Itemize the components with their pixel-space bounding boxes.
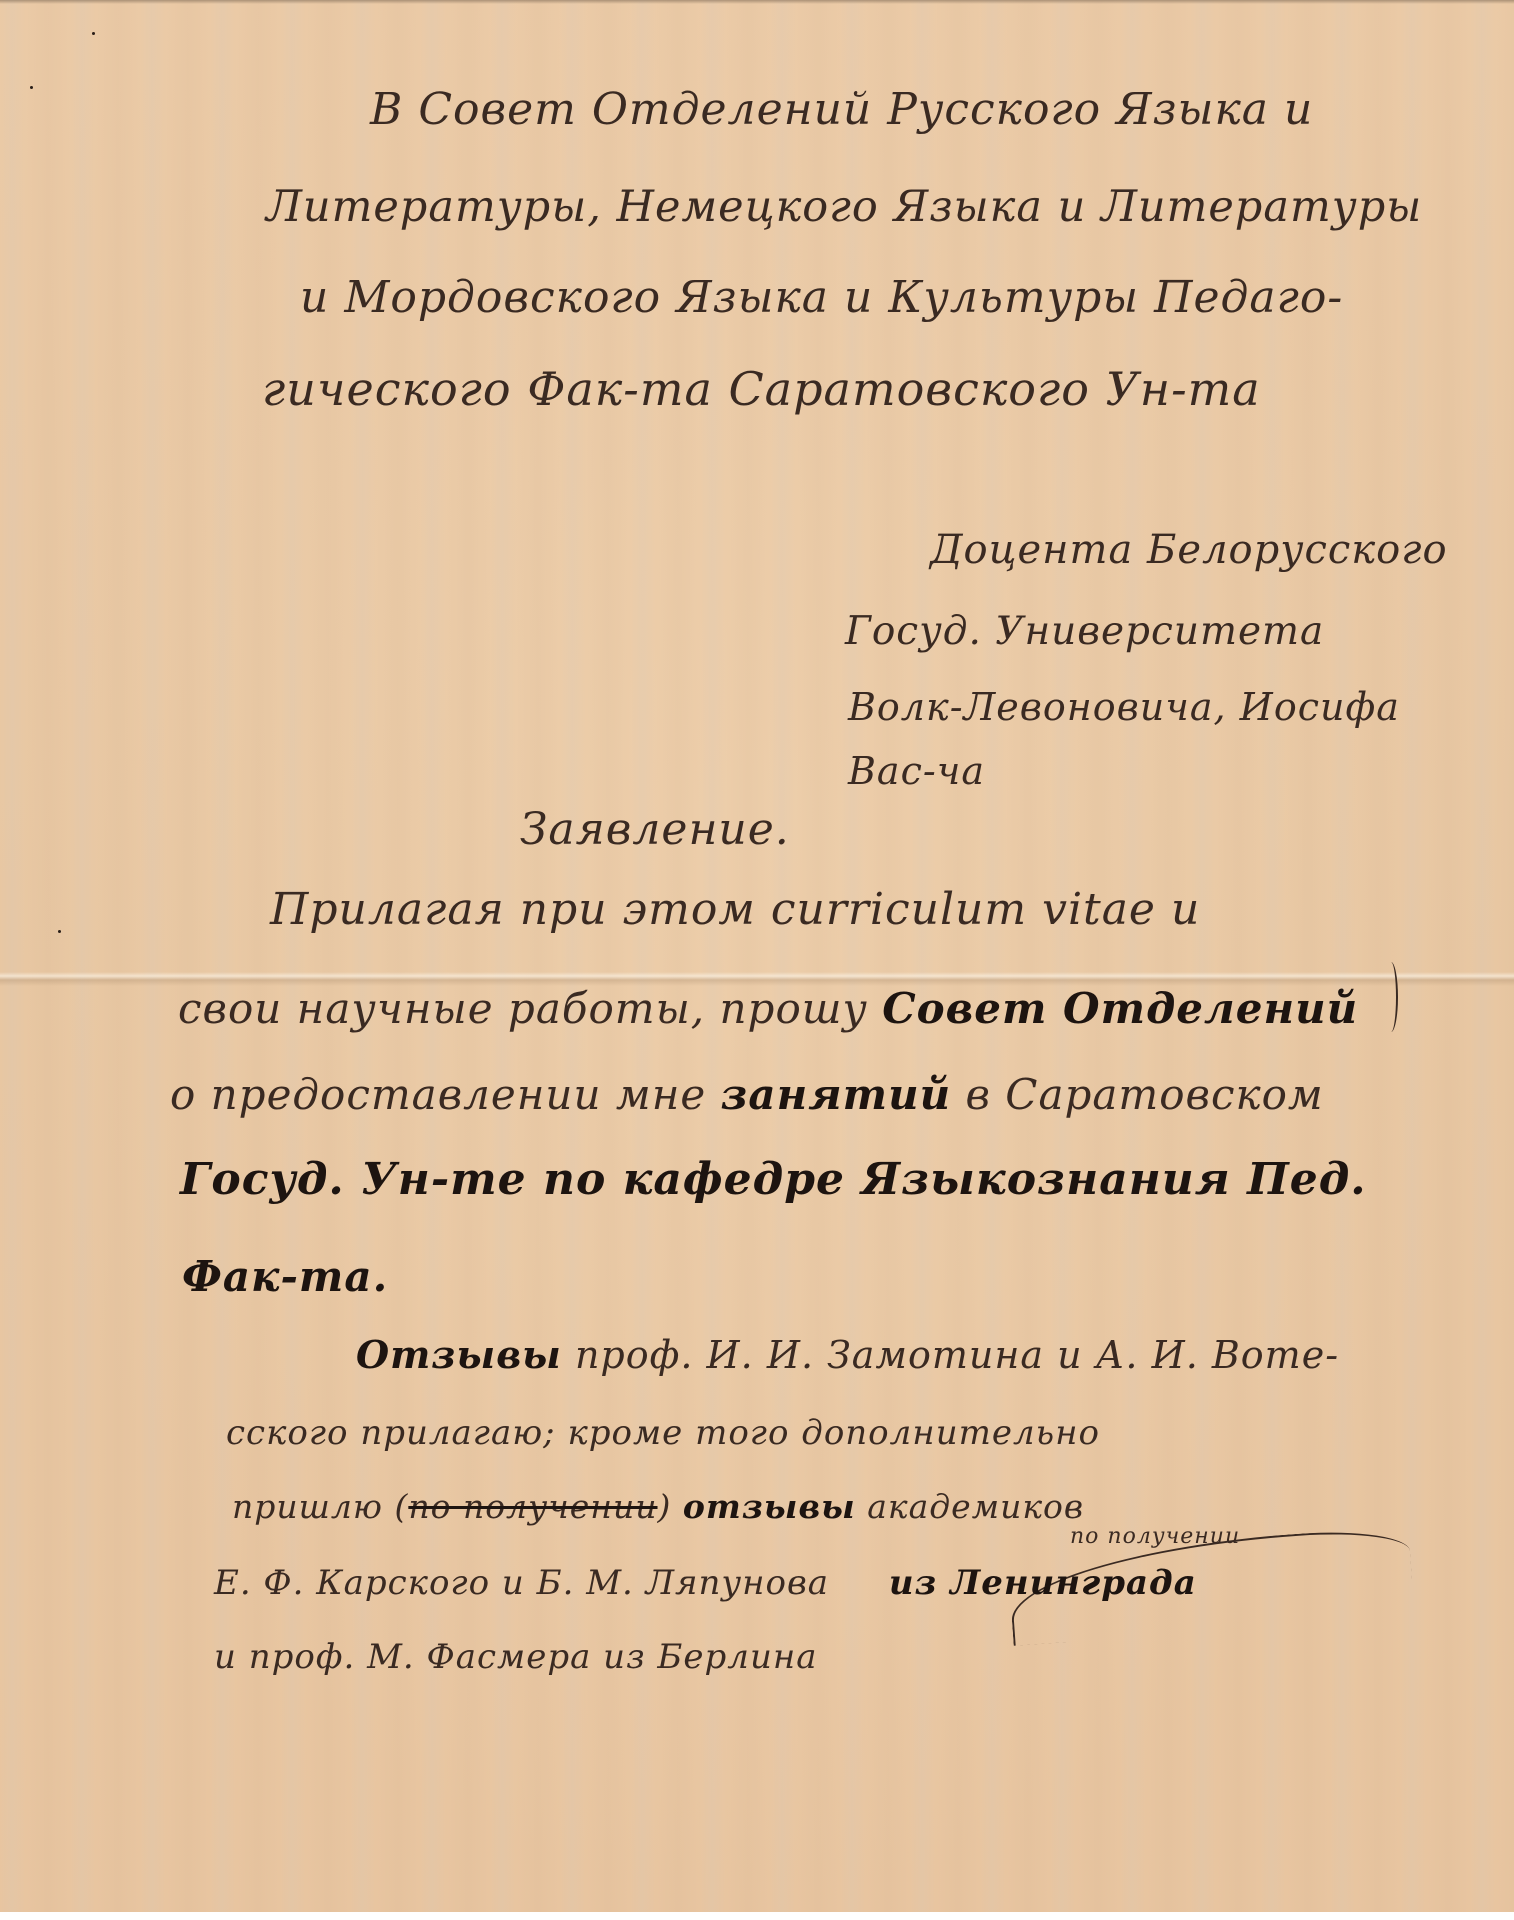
address-line: гического Фак-та Саратовского Ун-та	[262, 366, 1261, 412]
struck-text: по получении	[408, 1487, 657, 1526]
body-text: в Саратовском	[951, 1070, 1324, 1119]
address-line: Литературы, Немецкого Языка и Литературы	[266, 186, 1422, 229]
document-title: Заявление.	[520, 808, 790, 852]
address-line: и Мордовского Языка и Культуры Педаго-	[300, 276, 1343, 320]
body-line: Отзывы проф. И. И. Замотина и А. И. Воте…	[356, 1336, 1339, 1374]
body-text-emphasis: Отзывы	[356, 1332, 562, 1377]
body-text: о предоставлении мне	[170, 1070, 721, 1119]
body-line: и проф. М. Фасмера из Берлина	[214, 1640, 818, 1674]
ink-speck	[30, 86, 33, 89]
ink-speck	[92, 32, 95, 35]
address-line: В Совет Отделений Русского Языка и	[370, 88, 1313, 132]
body-text-emphasis: Совет Отделений	[882, 984, 1358, 1033]
body-line: Прилагая при этом curriculum vitae и	[270, 888, 1200, 932]
sender-line: Волк-Левоновича, Иосифа	[848, 688, 1400, 726]
body-line: пришлю (по получении) отзывы академиков	[232, 1490, 1084, 1523]
body-text-emphasis: из Ленинграда	[889, 1563, 1197, 1603]
body-text-emphasis: занятий	[721, 1070, 952, 1119]
body-line: свои научные работы, прошу Совет Отделен…	[178, 988, 1358, 1030]
body-line: Госуд. Ун-те по кафедре Языкознания Пед.	[180, 1158, 1367, 1202]
sender-line: Вас-ча	[848, 752, 985, 790]
body-text: проф. И. И. Замотина и А. И. Воте-	[562, 1333, 1339, 1377]
body-text: Е. Ф. Карского и Б. М. Ляпунова	[214, 1563, 841, 1603]
body-text: академиков	[856, 1487, 1084, 1526]
body-text: пришлю (	[232, 1487, 408, 1526]
margin-bracket	[1384, 962, 1398, 1032]
sender-line: Доцента Белорусского	[930, 530, 1448, 570]
document-page: В Совет Отделений Русского Языка и Литер…	[0, 0, 1514, 1912]
body-line: Фак-та.	[182, 1256, 388, 1298]
body-text: )	[658, 1487, 683, 1526]
body-line: о предоставлении мне занятий в Саратовск…	[170, 1074, 1324, 1116]
body-text-emphasis: отзывы	[683, 1487, 856, 1526]
body-line: сского прилагаю; кроме того дополнительн…	[226, 1416, 1100, 1450]
sender-line: Госуд. Университета	[845, 612, 1324, 651]
ink-speck	[58, 930, 61, 933]
body-text: свои научные работы, прошу	[178, 984, 882, 1033]
body-line: Е. Ф. Карского и Б. М. Ляпунова из Ленин…	[214, 1566, 1197, 1600]
